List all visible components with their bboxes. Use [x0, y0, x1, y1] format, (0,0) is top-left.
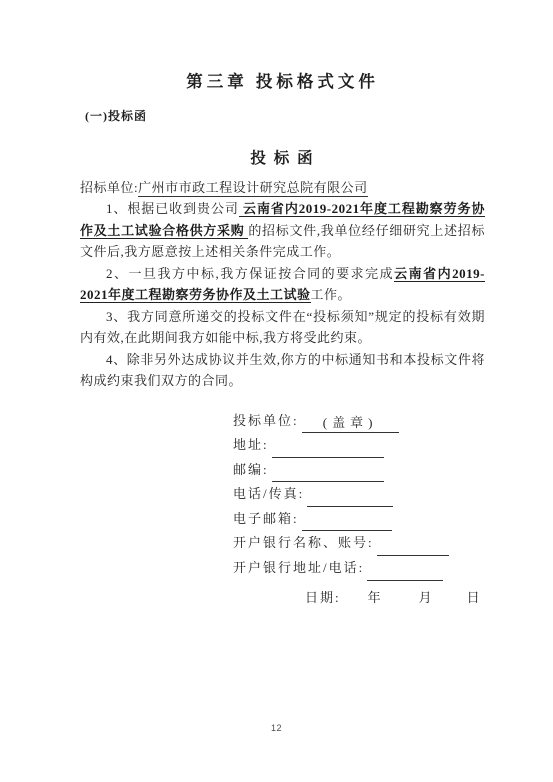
- year-label: 年: [368, 590, 383, 605]
- paragraph-4-text: 4、除非另外达成协议并生效,你方的中标通知书和本投标文件将构成约束我们双方的合同…: [80, 352, 485, 389]
- paragraph-2: 2、一旦我方中标,我方保证按合同的要求完成云南省内2019-2021年度工程勘察…: [80, 263, 485, 306]
- bidder-label: 投标单位:: [233, 413, 299, 428]
- form-row-bank-address-phone: 开户银行地址/电话:: [233, 556, 485, 581]
- day-label: 日: [467, 590, 482, 605]
- phone-fax-blank: [307, 487, 393, 507]
- bank-name-account-label: 开户银行名称、账号:: [233, 535, 374, 550]
- paragraph-1: 1、根据已收到贵公司 云南省内2019-2021年度工程勘察劳务协作及土工试验合…: [80, 198, 485, 263]
- email-blank: [302, 511, 392, 531]
- form-row-bank-name-account: 开户银行名称、账号:: [233, 531, 485, 556]
- recipient-label: 招标单位:: [80, 180, 138, 195]
- address-label: 地址:: [233, 437, 269, 452]
- address-blank: [272, 438, 384, 458]
- paragraph-1-text: 1、根据已收到贵公司: [106, 201, 239, 216]
- form-row-bidder: 投标单位:(盖章): [233, 409, 485, 434]
- section-label: (一)投标函: [85, 108, 485, 124]
- bank-address-phone-label: 开户银行地址/电话:: [233, 560, 364, 575]
- letter-title: 投 标 函: [80, 148, 485, 170]
- date-label: 日期:: [305, 590, 341, 605]
- email-label: 电子邮箱:: [233, 511, 299, 526]
- form-row-postcode: 邮编:: [233, 458, 485, 483]
- paragraph-2-text: 2、一旦我方中标,我方保证按合同的要求完成: [106, 266, 394, 281]
- document-page: 第三章 投标格式文件 (一)投标函 投 标 函 招标单位:广州市市政工程设计研究…: [0, 0, 553, 782]
- paragraph-4: 4、除非另外达成协议并生效,你方的中标通知书和本投标文件将构成约束我们双方的合同…: [80, 349, 485, 392]
- date-line: 日期:年月日: [305, 587, 485, 608]
- chapter-title: 第三章 投标格式文件: [80, 71, 485, 93]
- bidder-seal-blank: (盖章): [302, 413, 399, 433]
- form-row-address: 地址:: [233, 433, 485, 458]
- phone-fax-label: 电话/传真:: [233, 486, 304, 501]
- recipient-line: 招标单位:广州市市政工程设计研究总院有限公司: [80, 177, 485, 198]
- form-row-email: 电子邮箱:: [233, 507, 485, 532]
- postcode-label: 邮编:: [233, 462, 269, 477]
- bid-form-block: 投标单位:(盖章) 地址: 邮编: 电话/传真: 电子邮箱: 开户银行名称、账号…: [233, 409, 485, 581]
- postcode-blank: [272, 462, 384, 482]
- form-row-phone-fax: 电话/传真:: [233, 482, 485, 507]
- paragraph-3-text: 3、我方同意所递交的投标文件在“投标须知”规定的投标有效期内有效,在此期间我方如…: [80, 309, 485, 346]
- bank-name-account-blank: [377, 536, 449, 556]
- paragraph-3: 3、我方同意所递交的投标文件在“投标须知”规定的投标有效期内有效,在此期间我方如…: [80, 306, 485, 349]
- bank-address-phone-blank: [367, 561, 443, 581]
- recipient-value: 广州市市政工程设计研究总院有限公司: [138, 180, 368, 197]
- page-number: 12: [0, 723, 553, 733]
- month-label: 月: [419, 590, 434, 605]
- paragraph-2-text-after: 工作。: [311, 287, 352, 302]
